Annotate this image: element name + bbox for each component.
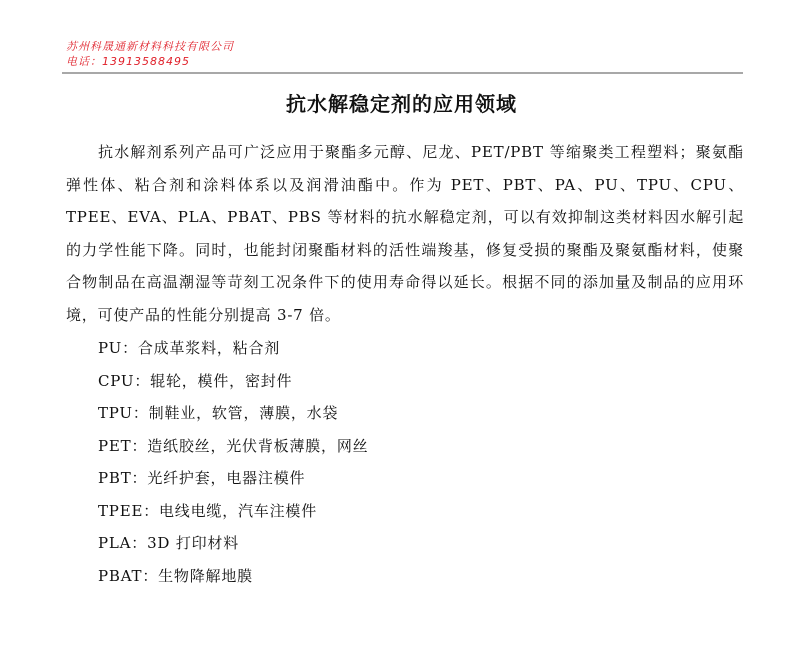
list-item: TPEE：电线电缆，汽车注模件	[98, 495, 368, 528]
application-list: PU：合成革浆料，粘合剂 CPU：辊轮，模件，密封件 TPU：制鞋业，软管，薄膜…	[98, 332, 368, 592]
list-item: TPU：制鞋业，软管，薄膜，水袋	[98, 397, 368, 430]
list-item: PET：造纸胶丝，光伏背板薄膜，网丝	[98, 430, 368, 463]
list-item: PBAT：生物降解地膜	[98, 560, 368, 593]
company-phone: 电话：13913588495	[66, 54, 743, 69]
page-header: 苏州科晟通新材料科技有限公司 电话：13913588495	[66, 39, 743, 69]
header-divider	[62, 72, 743, 74]
list-item: PU：合成革浆料，粘合剂	[98, 332, 368, 365]
document-title: 抗水解稳定剂的应用领域	[0, 88, 803, 117]
list-item: PBT：光纤护套，电器注模件	[98, 462, 368, 495]
intro-paragraph: 抗水解剂系列产品可广泛应用于聚酯多元醇、尼龙、PET/PBT 等缩聚类工程塑料；…	[66, 136, 744, 331]
company-name: 苏州科晟通新材料科技有限公司	[66, 39, 743, 54]
list-item: CPU：辊轮，模件，密封件	[98, 365, 368, 398]
list-item: PLA：3D 打印材料	[98, 527, 368, 560]
